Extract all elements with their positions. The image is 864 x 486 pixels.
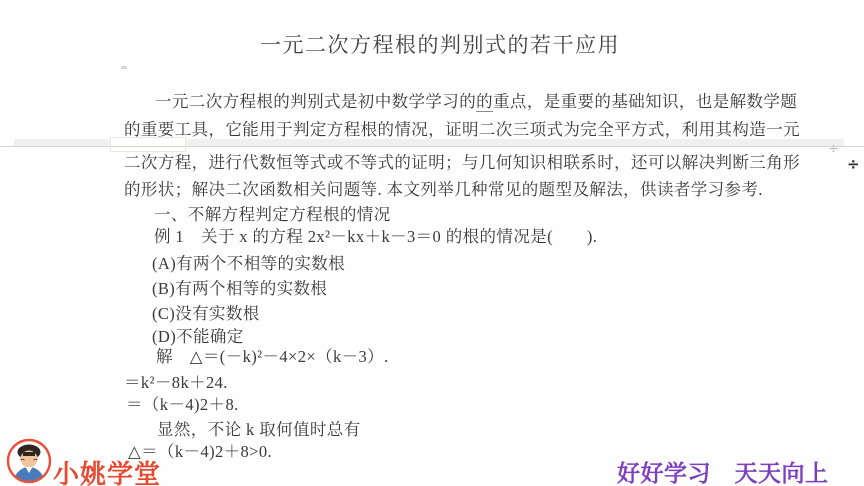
intro-typo-underlined: 的 [476, 92, 493, 112]
divider-line [0, 146, 864, 147]
body-line: 显然，不论 k 取何值时总有 [157, 416, 361, 440]
document-page: 一元二次方程根的判别式的若干应用 一元二次方程根的判别式是初中数学学习的的重点，… [0, 0, 864, 486]
motto-text: 好好学习 天天向上 [617, 455, 829, 486]
example-line: 例 1 关于 x 的方程 2x²－kx＋k－3＝0 的根的情况是( ). [154, 223, 597, 247]
intro-line: 一元二次方程根的判别式是初中数学学习的的重点，是重要的基础知识，也是解数学题 [155, 88, 797, 112]
body-line: 二次方程，进行代数恒等式或不等式的证明；与几何知识相联系时，还可以解决判断三角形 [124, 149, 800, 173]
scroll-down-icon[interactable]: ÷ [847, 155, 860, 173]
solution-line: 解 △＝(－k)²－4×2×（k－3）. [156, 343, 389, 367]
page-edge-notch [110, 137, 186, 152]
scroll-up-icon[interactable]: ÷ [828, 142, 839, 157]
formula-line: ＝（k－4)2＋8. [126, 391, 239, 415]
channel-name: 小姚学堂 [53, 454, 161, 486]
option-a: (A)有两个不相等的实数根 [152, 250, 345, 274]
option-b: (B)有两个相等的实数根 [152, 275, 327, 299]
page-title: 一元二次方程根的判别式的若干应用 [0, 29, 864, 59]
section-heading: 一、不解方程判定方程根的情况 [154, 201, 391, 225]
channel-avatar [6, 438, 52, 484]
option-c: (C)没有实数根 [152, 300, 260, 324]
body-line: 的重要工具，它能用于判定方程根的情况，证明二次三项式为完全平方式，利用其构造一元 [124, 116, 800, 140]
formula-line: ＝k²－8k＋24. [124, 369, 228, 393]
intro-text-pre: 一元二次方程根的判别式是初中数学学习的 [155, 92, 476, 111]
body-line: 的形状；解决二次函数相关问题等. 本文列举几种常见的题型及解法，供读者学习参考. [124, 176, 763, 200]
scan-speck [121, 66, 127, 69]
teacher-avatar-icon [6, 438, 52, 484]
intro-text-post: 重点，是重要的基础知识，也是解数学题 [493, 92, 797, 111]
